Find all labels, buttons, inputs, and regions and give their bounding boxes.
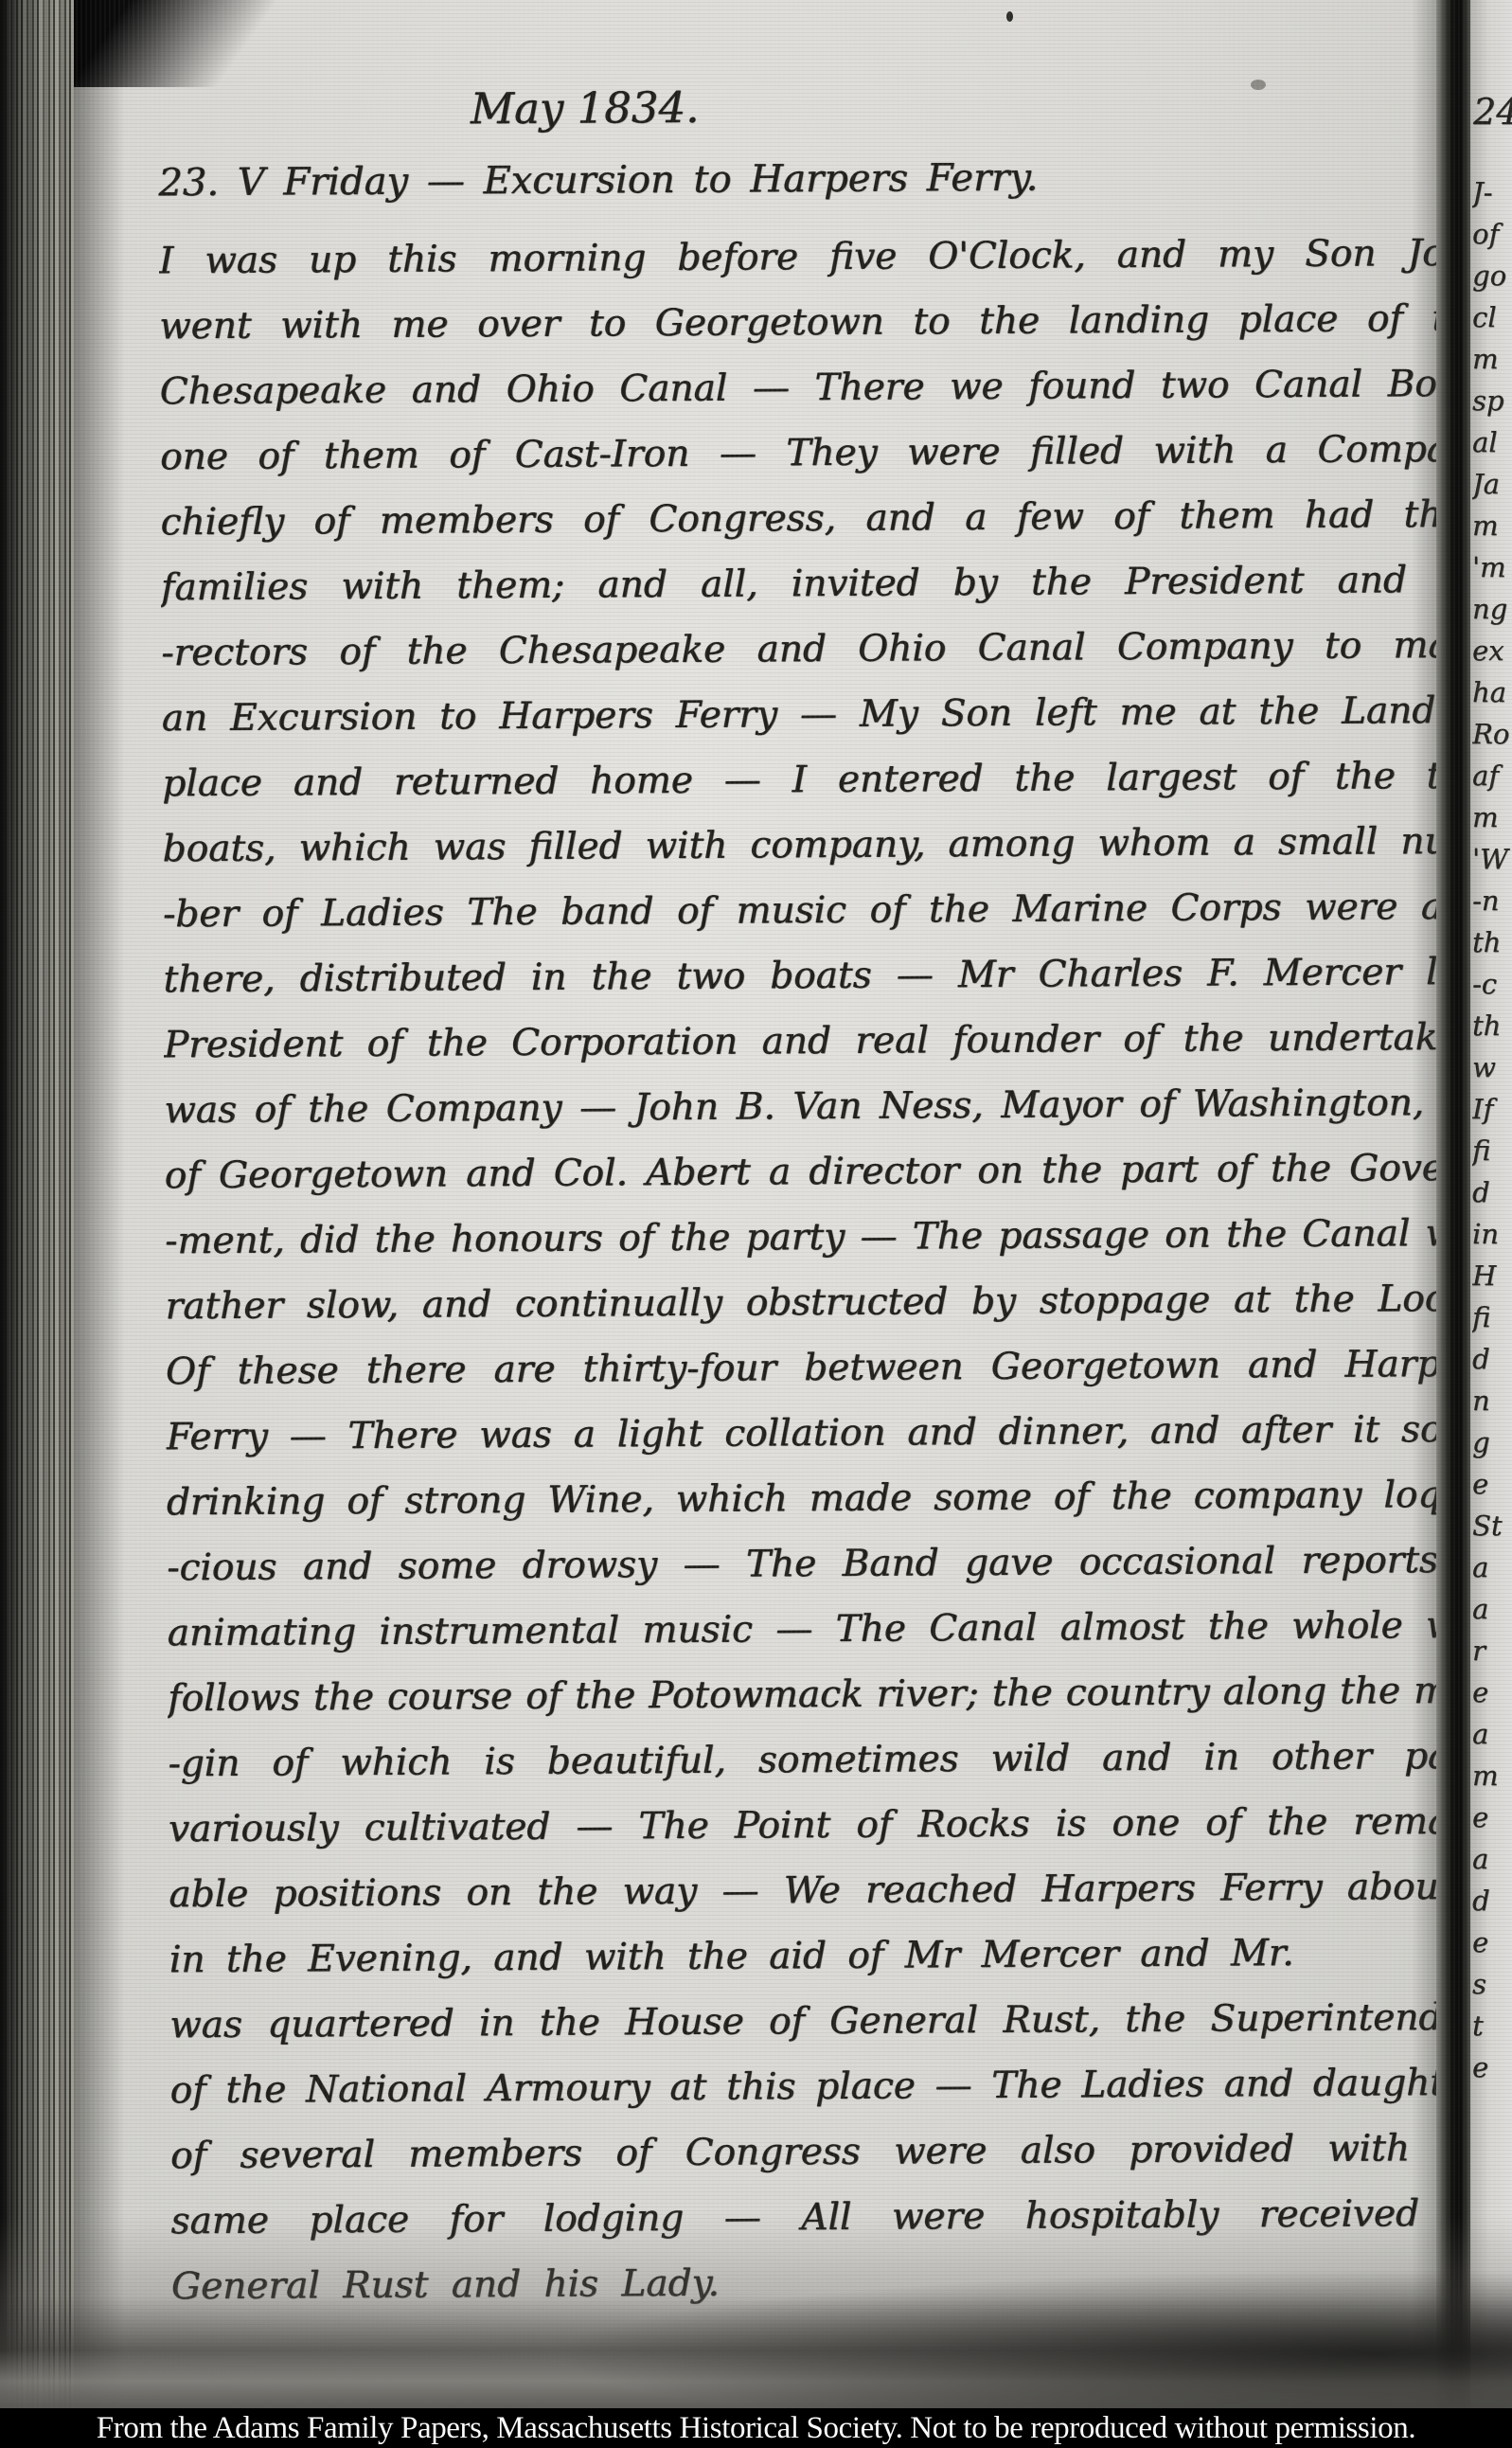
facing-page-number: 24 [1473,91,1512,133]
edge-fragment: in [1472,1214,1512,1256]
edge-fragment: -n [1472,881,1512,922]
edge-fragment: go [1472,256,1512,297]
edge-fragment: of [1472,214,1512,256]
edge-fragment: cl [1472,297,1512,339]
edge-fragment: sp [1472,381,1512,422]
edge-fragment: If [1472,1089,1512,1131]
manuscript-line: follows the course of the Potowmack rive… [168,1661,1501,1735]
edge-fragment: Ro [1472,714,1512,756]
manuscript-text: May 1834. 23. V Friday — Excursion to Ha… [158,78,1504,2323]
edge-fragment: fi [1472,1297,1512,1339]
manuscript-line: able positions on the way — We reached H… [169,1857,1502,1931]
manuscript-line: an Excursion to Harpers Ferry — My Son l… [162,681,1495,755]
edge-fragment: w [1472,1047,1512,1089]
manuscript-line: -ment, did the honours of the party — Th… [165,1204,1498,1278]
manuscript-line: families with them; and all, invited by … [161,550,1494,624]
manuscript-line: President of the Corporation and real fo… [164,1008,1497,1081]
month-header: May 1834. [158,78,1491,162]
edge-fragment: fi [1472,1131,1512,1172]
manuscript-line: -rectors of the Chesapeake and Ohio Cana… [161,616,1494,689]
edge-fragment: e [1472,1672,1512,1714]
entry-heading: 23. V Friday — Excursion to Harpers Ferr… [158,153,1491,232]
edge-fragment: t [1472,2006,1512,2047]
manuscript-line: I was up this morning before five O'Cloc… [159,223,1492,297]
facing-page-sliver: 24 J-ofgoclmspalJam'mngexhaRoafm'W-nth-c… [1470,0,1512,2408]
manuscript-line: chiefly of members of Congress, and a fe… [160,485,1493,559]
ink-speck [1006,11,1013,22]
manuscript-line: variously cultivated — The Point of Rock… [169,1792,1502,1866]
manuscript-line: Chesapeake and Ohio Canal — There we fou… [160,354,1493,428]
manuscript-line: Ferry — There was a light collation and … [166,1400,1499,1474]
book-fore-edge [0,0,74,2448]
edge-fragment: a [1472,1547,1512,1589]
manuscript-line: -gin of which is beautiful, sometimes wi… [168,1726,1501,1800]
edge-fragment: th [1472,1006,1512,1047]
edge-fragment: e [1472,1922,1512,1964]
manuscript-line: was of the Company — John B. Van Ness, M… [164,1073,1497,1147]
edge-fragment: 'm [1472,547,1512,589]
diary-page: May 1834. 23. V Friday — Excursion to Ha… [74,0,1436,2448]
edge-fragment: m [1472,1756,1512,1797]
manuscript-line: -cious and some drowsy — The Band gave o… [167,1530,1500,1604]
book-gutter [1436,0,1470,2448]
edge-fragment: a [1472,1839,1512,1881]
edge-fragment: e [1472,1464,1512,1506]
manuscript-line: drinking of strong Wine, which made some… [167,1465,1500,1539]
corner-shadow [74,0,296,87]
manuscript-line: place and returned home — I entered the … [162,746,1495,820]
manuscript-line: was quartered in the House of General Ru… [169,1988,1503,2062]
edge-fragment: af [1472,756,1512,797]
manuscript-line: Of these there are thirty-four between G… [166,1334,1499,1408]
edge-fragment: -c [1472,964,1512,1006]
edge-fragment: Ja [1472,464,1512,506]
edge-fragment: a [1472,1589,1512,1631]
manuscript-line: boats, which was filled with company, am… [163,812,1496,885]
manuscript-line: went with me over to Georgetown to the l… [159,289,1492,363]
edge-fragment: ex [1472,631,1512,672]
edge-fragment: J- [1472,172,1512,214]
facing-page-fragments: J-ofgoclmspalJam'mngexhaRoafm'W-nth-cthw… [1472,172,1512,2089]
manuscript-line: rather slow, and continually obstructed … [165,1269,1498,1343]
manuscript-body: I was up this morning before five O'Cloc… [159,223,1504,2323]
edge-fragment: a [1472,1714,1512,1756]
edge-fragment: m [1472,506,1512,547]
edge-fragment: s [1472,1964,1512,2006]
edge-fragment: m [1472,797,1512,839]
edge-fragment: m [1472,339,1512,381]
edge-fragment: 'W [1472,839,1512,881]
manuscript-line: of Georgetown and Col. Abert a director … [165,1138,1498,1212]
edge-fragment: al [1472,422,1512,464]
manuscript-line: -ber of Ladies The band of music of the … [163,877,1496,951]
manuscript-line: there, distributed in the two boats — Mr… [163,942,1496,1016]
manuscript-line: animating instrumental music — The Canal… [168,1596,1501,1670]
edge-fragment: r [1472,1631,1512,1672]
edge-fragment: n [1472,1381,1512,1422]
manuscript-line: one of them of Cast-Iron — They were fil… [160,420,1493,493]
manuscript-line: of the National Armoury at this place — … [170,2053,1503,2127]
edge-fragment: e [1472,1797,1512,1839]
edge-fragment: H [1472,1256,1512,1297]
edge-fragment: ng [1472,589,1512,631]
manuscript-line: in the Evening, and with the aid of Mr M… [169,1922,1503,1996]
edge-fragment: d [1472,1881,1512,1922]
edge-fragment: d [1472,1339,1512,1381]
diary-scan: May 1834. 23. V Friday — Excursion to Ha… [0,0,1512,2448]
edge-fragment: e [1472,2047,1512,2089]
edge-fragment: th [1472,922,1512,964]
edge-fragment: d [1472,1172,1512,1214]
page-bottom-shadow [0,2214,1512,2408]
credit-text: From the Adams Family Papers, Massachuse… [97,2411,1415,2446]
edge-fragment: g [1472,1422,1512,1464]
manuscript-line: of several members of Congress were also… [170,2118,1503,2192]
credit-bar: From the Adams Family Papers, Massachuse… [0,2408,1512,2448]
edge-fragment: St [1472,1506,1512,1547]
edge-fragment: ha [1472,672,1512,714]
